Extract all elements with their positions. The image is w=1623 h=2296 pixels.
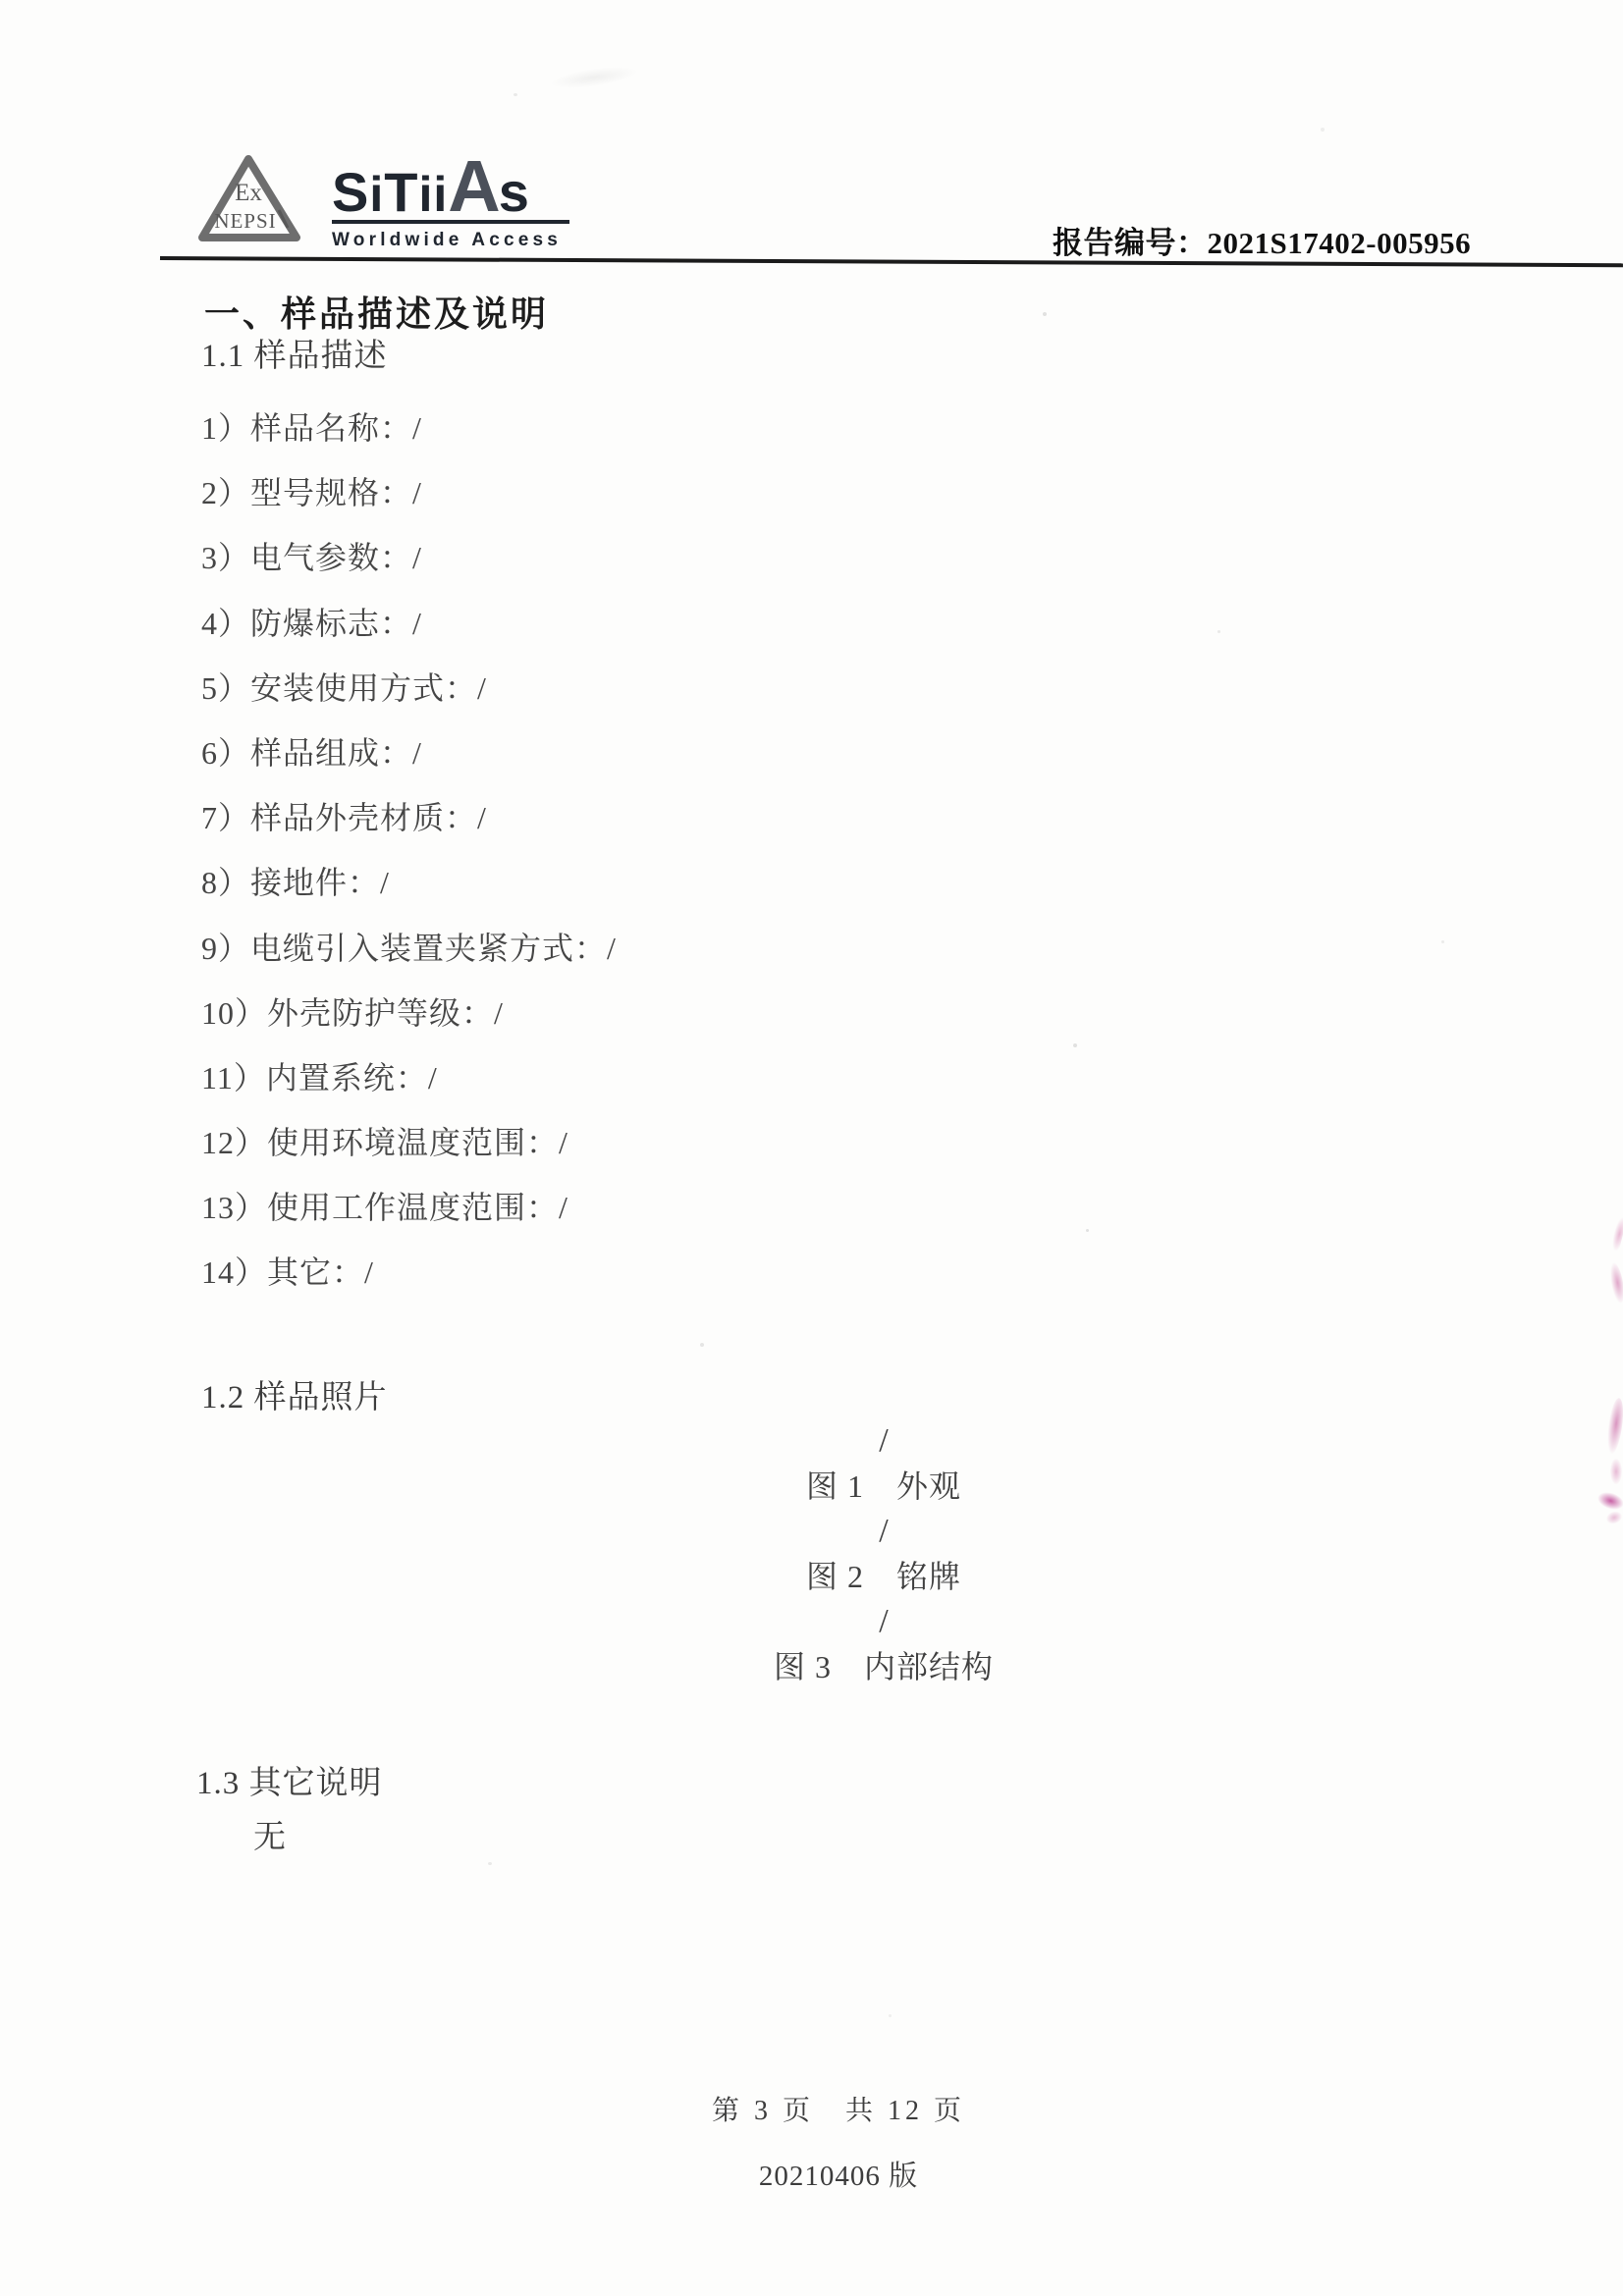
- scan-speck: [700, 1343, 704, 1347]
- report-page: Ex NEPSI SiTiiAs Worldwide Access 报告编号：2…: [0, 0, 1623, 2296]
- scan-speck: [1217, 630, 1220, 633]
- sample-description-item: 8）接地件：/: [201, 867, 617, 898]
- wordmark-letter: i: [418, 167, 433, 222]
- wordmark-letter: s: [499, 161, 530, 223]
- ink-smudge: [1604, 1397, 1623, 1455]
- wordmark-letter-a: A: [448, 145, 500, 227]
- sample-description-item: 10）外壳防护等级：/: [201, 997, 617, 1029]
- figure-3-caption: 图 3 内部结构: [638, 1647, 1129, 1692]
- report-number: 报告编号：2021S17402-005956: [1053, 218, 1471, 262]
- version-number: 20210406 版: [495, 2154, 1182, 2194]
- sample-description-item: 14）其它：/: [201, 1256, 617, 1288]
- sample-description-item: 12）使用环境温度范围：/: [201, 1127, 617, 1158]
- sample-description-item: 1）样品名称：/: [201, 412, 617, 444]
- nepsi-mark-text: NEPSI: [214, 209, 276, 233]
- scan-speck: [889, 2014, 892, 2017]
- wordmark-letter: S: [332, 161, 369, 223]
- scan-speck: [514, 93, 517, 96]
- subsection-1-1-title: 1.1 样品描述: [201, 339, 388, 374]
- ink-smudge: [1607, 1261, 1623, 1304]
- report-number-value: 2021S17402-005956: [1208, 226, 1472, 260]
- figure-1-caption: 图 1 外观: [638, 1467, 1129, 1512]
- subsection-1-3-title: 1.3 其它说明: [196, 1766, 383, 1801]
- wordmark-letter: T: [384, 161, 418, 223]
- sample-description-list: 1）样品名称：/ 2）型号规格：/ 3）电气参数：/ 4）防爆标志：/ 5）安装…: [201, 412, 617, 1322]
- wordmark-letter: i: [369, 167, 384, 222]
- scan-speck: [1086, 1229, 1089, 1232]
- page-number: 第 3 页 共 12 页: [495, 2089, 1182, 2128]
- logo-tagline: Worldwide Access: [332, 230, 577, 251]
- ink-smudge: [1610, 1216, 1623, 1251]
- sample-description-item: 2）型号规格：/: [201, 477, 617, 508]
- subsection-1-3-content: 无: [253, 1811, 286, 1857]
- sample-description-item: 6）样品组成：/: [201, 737, 617, 769]
- sample-description-item: 11）内置系统：/: [201, 1062, 617, 1094]
- sample-description-item: 4）防爆标志：/: [201, 608, 617, 639]
- scan-speck: [1321, 128, 1325, 132]
- figure-3-placeholder: /: [638, 1602, 1129, 1647]
- figure-2-caption: 图 2 铭牌: [638, 1557, 1129, 1602]
- sample-description-item: 5）安装使用方式：/: [201, 672, 617, 704]
- scan-speck: [1441, 940, 1444, 943]
- sample-description-item: 3）电气参数：/: [201, 542, 617, 573]
- sitiias-wordmark-block: SiTiiAs Worldwide Access: [332, 155, 577, 251]
- scan-speck: [488, 1862, 492, 1865]
- sitiias-wordmark: SiTiiAs: [332, 155, 577, 218]
- figure-1-placeholder: /: [638, 1421, 1129, 1467]
- ex-mark-text: Ex: [235, 180, 262, 206]
- scan-smudge: [549, 63, 639, 92]
- sample-description-item: 7）样品外壳材质：/: [201, 802, 617, 833]
- section-title: 一、样品描述及说明: [204, 294, 549, 334]
- scan-speck: [1073, 1043, 1077, 1047]
- report-number-label: 报告编号：: [1053, 226, 1208, 260]
- figure-2-placeholder: /: [638, 1512, 1129, 1557]
- ex-nepsi-triangle-icon: Ex NEPSI: [192, 149, 308, 251]
- sample-description-item: 13）使用工作温度范围：/: [201, 1192, 617, 1223]
- scan-speck: [1043, 312, 1047, 316]
- subsection-1-2-title: 1.2 样品照片: [201, 1380, 388, 1415]
- ink-smudge: [1604, 1510, 1623, 1526]
- ink-smudge: [1596, 1489, 1623, 1513]
- sample-photos-block: / 图 1 外观 / 图 2 铭牌 / 图 3 内部结构: [638, 1421, 1129, 1692]
- wordmark-letter: i: [433, 167, 448, 222]
- sample-description-item: 9）电缆引入装置夹紧方式：/: [201, 933, 617, 964]
- ink-smudge: [1610, 1459, 1622, 1484]
